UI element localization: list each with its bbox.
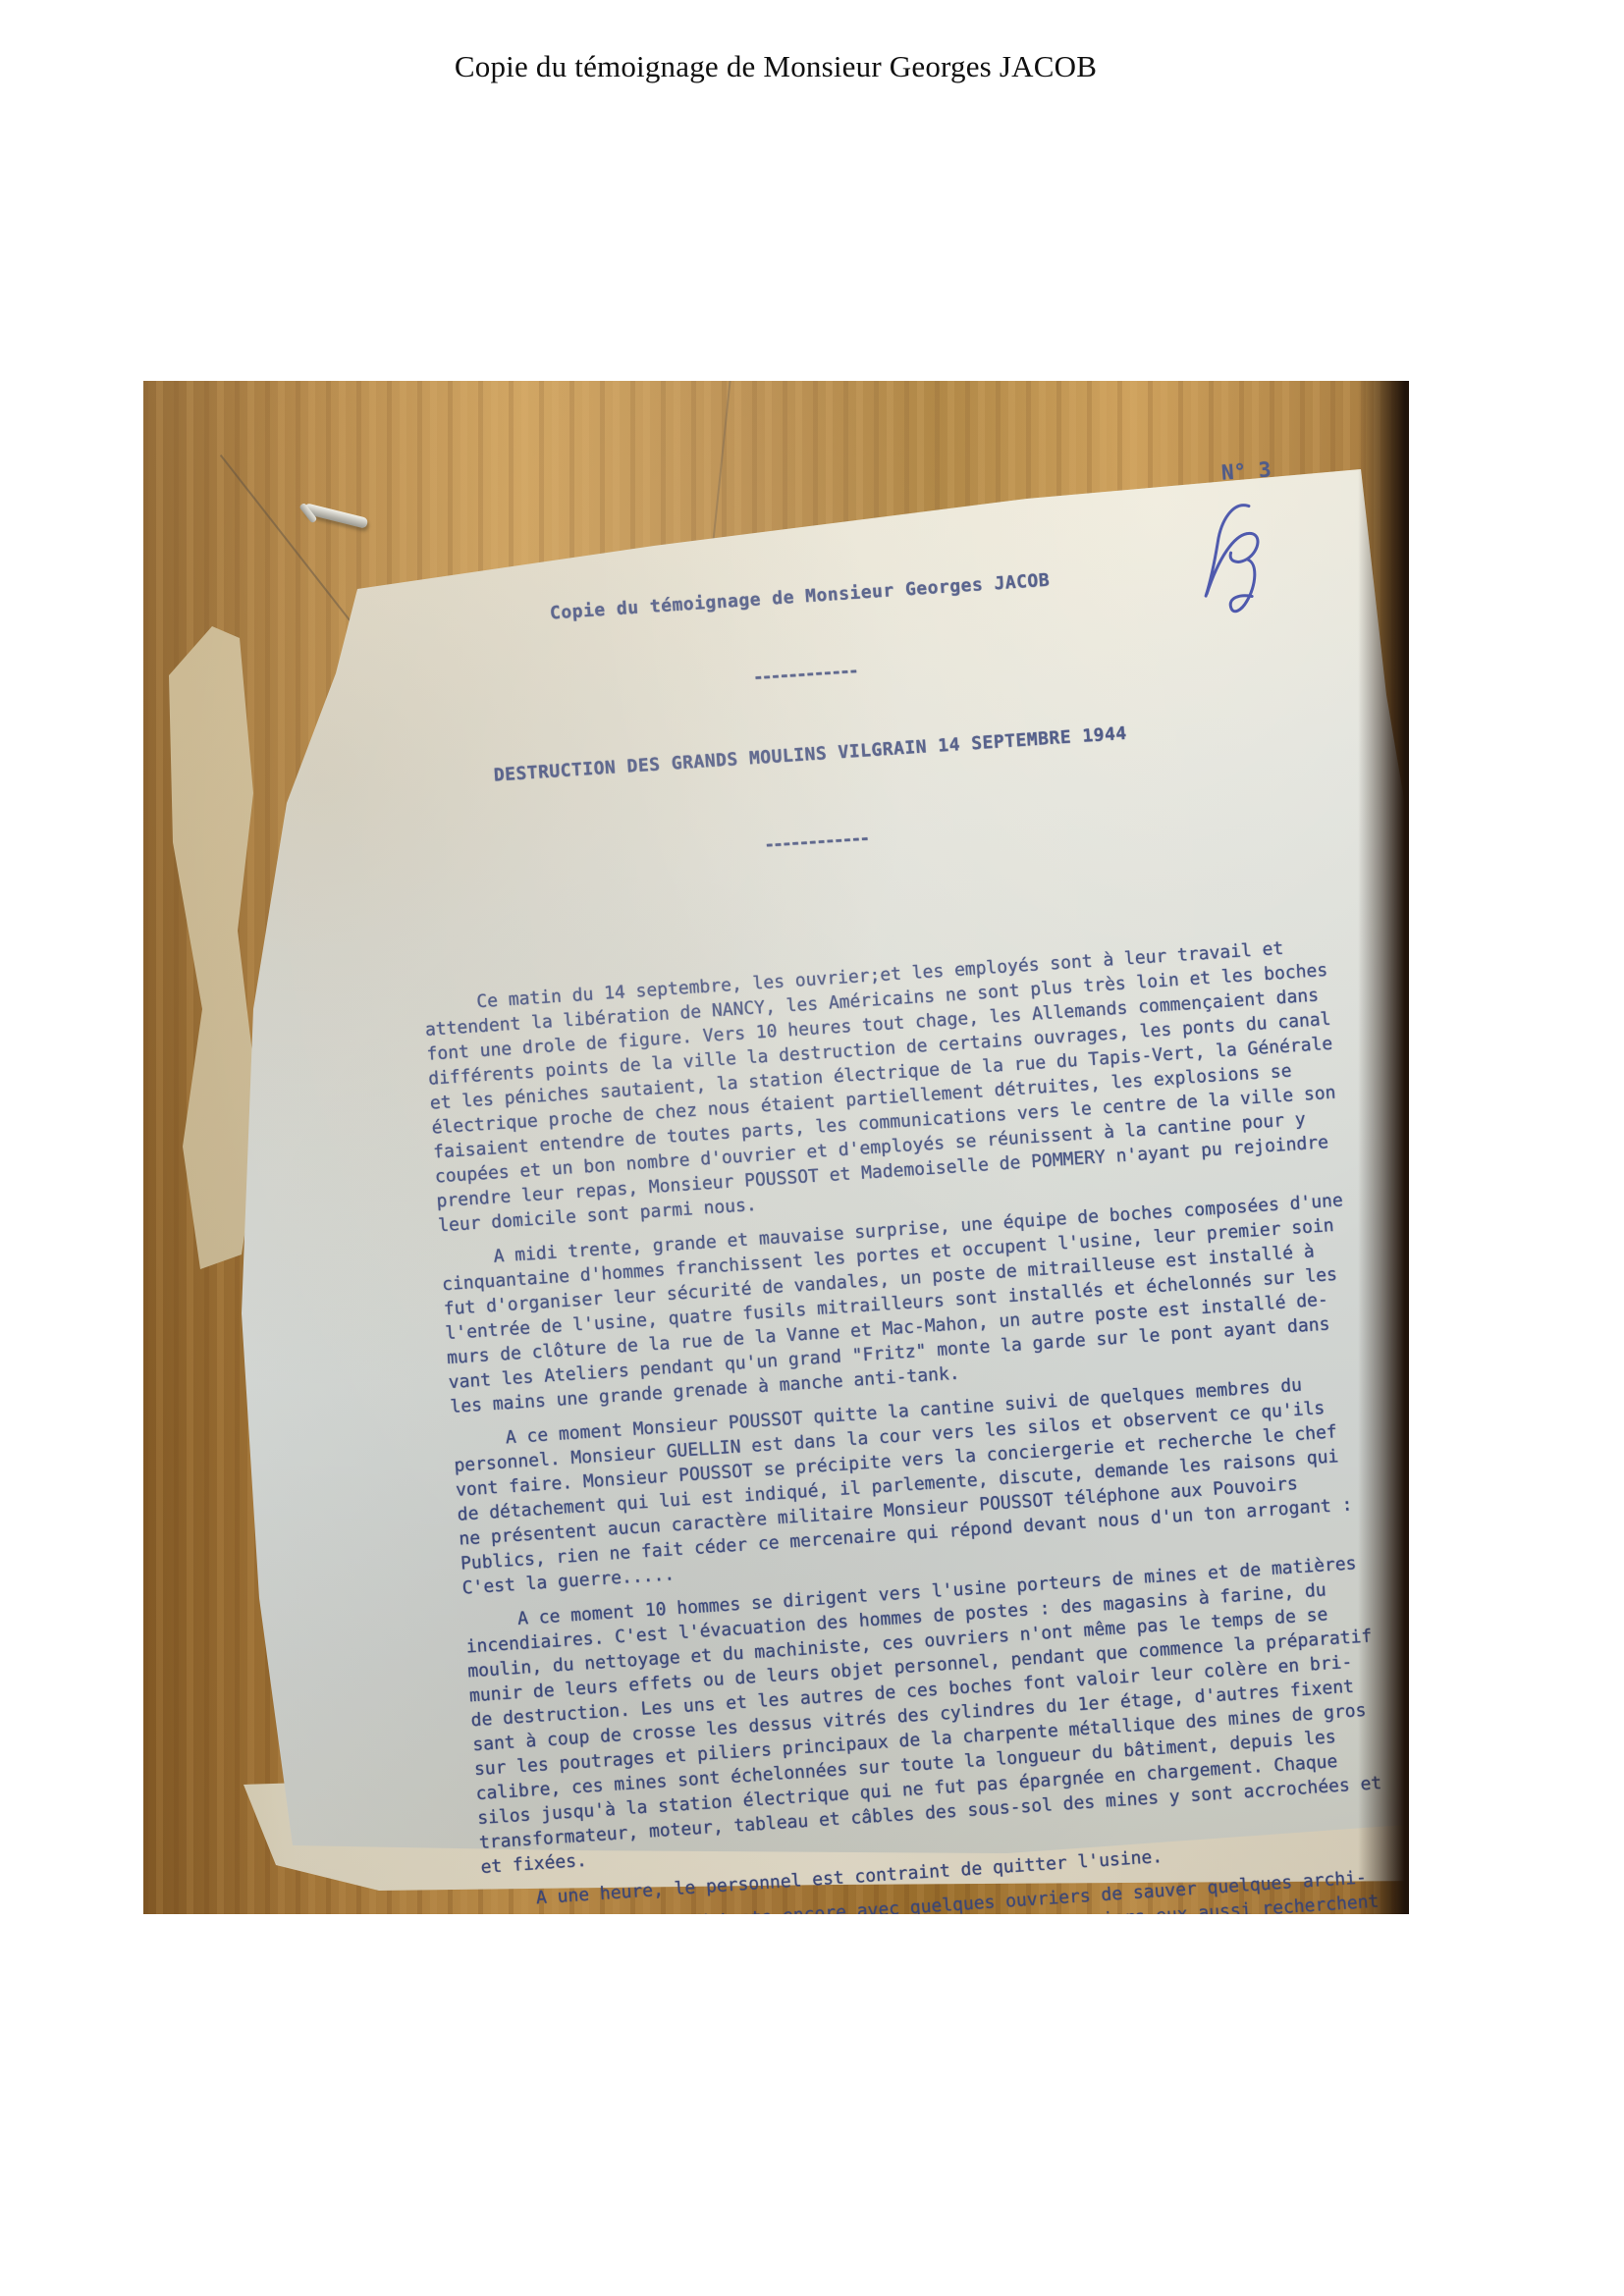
page-caption: Copie du témoignage de Monsieur Georges … bbox=[0, 49, 1551, 84]
handwritten-initials-mark bbox=[1190, 495, 1285, 632]
document-photograph: N° 3 Copie du témoignage de Monsieur Geo… bbox=[143, 381, 1409, 1914]
typed-header: Copie du témoignage de Monsieur Georges … bbox=[394, 509, 1221, 930]
typed-text-block: Copie du témoignage de Monsieur Georges … bbox=[391, 446, 1409, 1914]
typed-paragraph: A ce moment 10 hommes se dirigent vers l… bbox=[463, 1543, 1409, 1880]
page: { "page_caption": "Copie du témoignage d… bbox=[0, 0, 1624, 2296]
typed-paragraph: Ce matin du 14 septembre, les ouvrier;et… bbox=[422, 926, 1409, 1238]
staple bbox=[303, 503, 369, 529]
dash-divider: ------------ bbox=[413, 805, 1218, 880]
page-number: N° 3 bbox=[1220, 457, 1272, 484]
typed-paragraphs: Ce matin du 14 septembre, les ouvrier;et… bbox=[422, 926, 1409, 1914]
typed-title: Copie du témoignage de Monsieur Georges … bbox=[398, 558, 1203, 635]
typed-subtitle: DESTRUCTION DES GRANDS MOULINS VILGRAIN … bbox=[407, 716, 1213, 793]
dash-divider: ------------ bbox=[403, 637, 1208, 712]
